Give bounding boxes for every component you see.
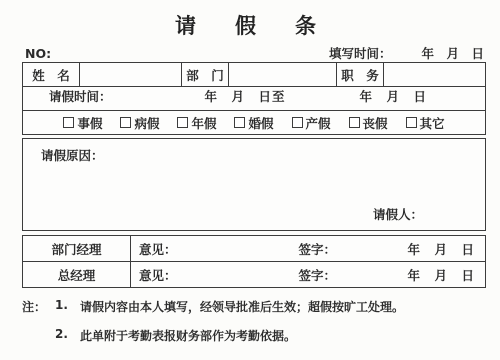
checkbox-bereavement-leave-icon — [349, 117, 360, 128]
general-manager-date-placeholder: 年 月 日 — [407, 266, 475, 284]
fill-time-group: 填写时间： 年 月 日 — [329, 44, 484, 62]
checkbox-annual-leave-icon — [177, 117, 188, 128]
checkbox-sick-leave-label: 病假 — [134, 114, 159, 132]
general-manager-approval-cell[interactable]: 意见： 签字： 年 月 日 — [131, 262, 485, 287]
approval-row-dept-manager: 部门经理 意见： 签字： 年 月 日 — [23, 236, 485, 261]
personnel-table: 姓 名 部 门 职 务 请假时间： 年 月 日至 年 月 日 事假 病假 年假 — [22, 62, 486, 135]
checkbox-maternity-leave[interactable]: 产假 — [292, 111, 331, 134]
checkbox-personal-leave-icon — [63, 117, 74, 128]
checkbox-bereavement-leave-label: 丧假 — [363, 114, 388, 132]
leave-request-form: 请 假 条 NO: 填写时间： 年 月 日 姓 名 部 门 职 务 请假时间： … — [0, 0, 500, 360]
note-1-number: 1. — [55, 298, 80, 312]
checkbox-personal-leave[interactable]: 事假 — [63, 111, 102, 134]
checkbox-annual-leave[interactable]: 年假 — [177, 111, 216, 134]
department-label: 部 门 — [181, 63, 228, 86]
position-input-cell[interactable] — [383, 63, 485, 86]
note-2-text: 此单附于考勤表报财务部作为考勤依据。 — [80, 327, 486, 344]
note-2-number: 2. — [55, 327, 80, 341]
leave-time-row[interactable]: 请假时间： 年 月 日至 年 月 日 — [23, 86, 485, 110]
dept-manager-date-placeholder: 年 月 日 — [407, 240, 475, 258]
form-meta-row: NO: 填写时间： 年 月 日 — [25, 44, 484, 62]
note-line-1: 注： 1. 请假内容由本人填写，经领导批准后生效；超假按旷工处理。 — [22, 298, 486, 315]
form-number-label: NO: — [25, 46, 51, 61]
checkbox-marriage-leave-icon — [234, 117, 245, 128]
approval-row-general-manager: 总经理 意见： 签字： 年 月 日 — [23, 261, 485, 287]
leave-time-end-placeholder: 年 月 日 — [360, 87, 428, 110]
position-label: 职 务 — [336, 63, 383, 86]
footer-notes: 注： 1. 请假内容由本人填写，经领导批准后生效；超假按旷工处理。 2. 此单附… — [22, 298, 486, 344]
checkbox-other-leave[interactable]: 其它 — [406, 111, 445, 134]
applicant-label: 请假人： — [373, 205, 423, 223]
checkbox-marriage-leave[interactable]: 婚假 — [234, 111, 273, 134]
dept-manager-approval-cell[interactable]: 意见： 签字： 年 月 日 — [131, 236, 485, 261]
checkbox-maternity-leave-label: 产假 — [306, 114, 331, 132]
checkbox-marriage-leave-label: 婚假 — [248, 114, 273, 132]
note-line-2: 2. 此单附于考勤表报财务部作为考勤依据。 — [22, 327, 486, 344]
name-label: 姓 名 — [23, 63, 79, 86]
checkbox-other-leave-icon — [406, 117, 417, 128]
approval-table: 部门经理 意见： 签字： 年 月 日 总经理 意见： 签字： 年 月 日 — [22, 235, 486, 288]
notes-label: 注： — [22, 298, 55, 315]
general-manager-role-label: 总经理 — [23, 262, 131, 287]
name-input-cell[interactable] — [79, 63, 181, 86]
fill-time-label: 填写时间： — [329, 44, 392, 62]
checkbox-maternity-leave-icon — [292, 117, 303, 128]
general-manager-opinion-label: 意见： — [139, 266, 177, 284]
reason-box: 请假原因： 请假人： — [22, 138, 486, 231]
department-input-cell[interactable] — [228, 63, 336, 86]
leave-time-start-placeholder: 年 月 日至 — [205, 87, 286, 110]
general-manager-sign-label: 签字： — [299, 266, 337, 284]
fill-time-date-placeholder: 年 月 日 — [421, 44, 484, 62]
leave-time-label: 请假时间： — [49, 87, 112, 110]
dept-manager-role-label: 部门经理 — [23, 236, 131, 261]
checkbox-annual-leave-label: 年假 — [191, 114, 216, 132]
checkbox-other-leave-label: 其它 — [420, 114, 445, 132]
dept-manager-sign-label: 签字： — [299, 240, 337, 258]
leave-type-row: 事假 病假 年假 婚假 产假 丧假 — [23, 110, 485, 134]
info-row: 姓 名 部 门 职 务 — [23, 63, 485, 86]
checkbox-sick-leave[interactable]: 病假 — [120, 111, 159, 134]
note-1-text: 请假内容由本人填写，经领导批准后生效；超假按旷工处理。 — [80, 298, 486, 315]
checkbox-sick-leave-icon — [120, 117, 131, 128]
form-title: 请 假 条 — [0, 10, 500, 40]
reason-label: 请假原因： — [41, 146, 104, 164]
checkbox-bereavement-leave[interactable]: 丧假 — [349, 111, 388, 134]
dept-manager-opinion-label: 意见： — [139, 240, 177, 258]
checkbox-personal-leave-label: 事假 — [77, 114, 102, 132]
